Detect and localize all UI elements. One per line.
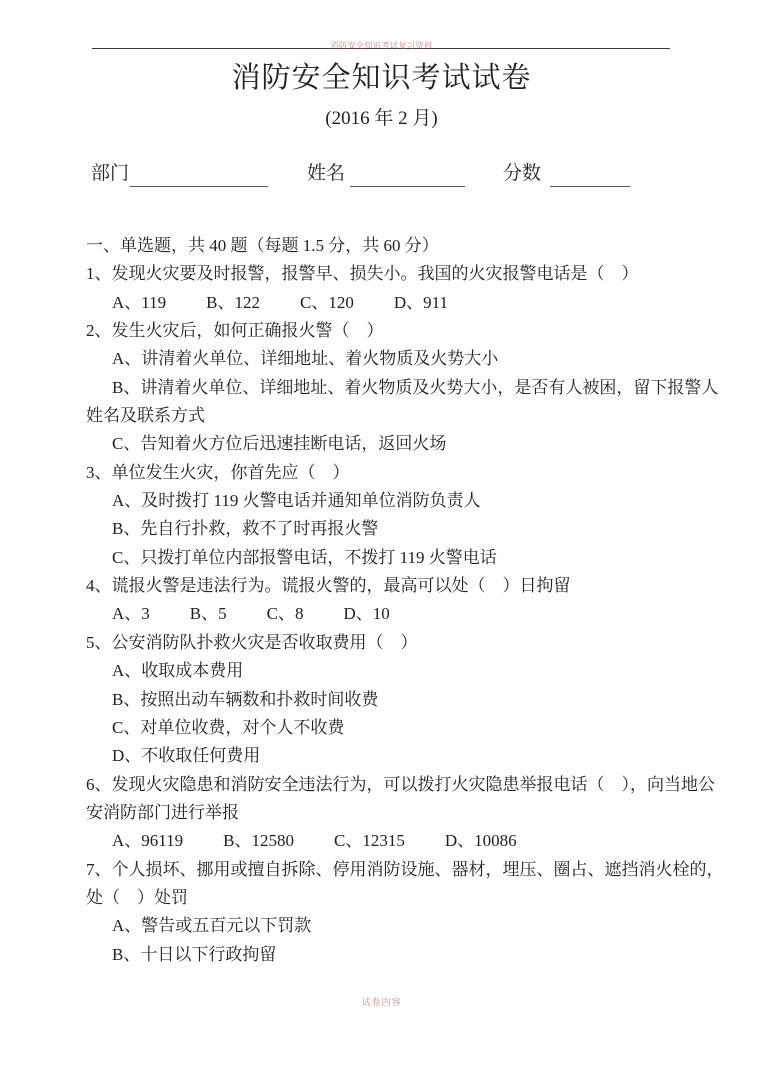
options-row: A、3B、5C、8D、10 <box>86 600 733 628</box>
question-line: 7、个人损坏、挪用或擅自拆除、停用消防设施、器材，埋压、圈占、遮挡消火栓的， <box>86 856 733 884</box>
option-item: D、10 <box>343 600 389 628</box>
option-item: B、12580 <box>223 827 294 855</box>
option-item: D、10086 <box>445 827 517 855</box>
question-lines: 1、发现火灾要及时报警，报警早、损失小。我国的火灾报警电话是（ ）A、119B、… <box>86 260 733 969</box>
name-blank <box>350 156 465 187</box>
text-line: 处（ ）处罚 <box>86 884 733 912</box>
exam-body: 一、单选题，共 40 题（每题 1.5 分，共 60 分） 1、发现火灾要及时报… <box>86 232 733 969</box>
options-row: A、119B、122C、120D、911 <box>86 289 733 317</box>
option-item: C、8 <box>267 600 304 628</box>
page-title: 消防安全知识考试试卷 <box>0 56 763 100</box>
section-heading: 一、单选题，共 40 题（每题 1.5 分，共 60 分） <box>86 232 733 260</box>
exam-paper-page: 消防安全知识考试复习资料 消防安全知识考试试卷 (2016 年 2 月) 部门 … <box>0 0 763 1080</box>
watermark-bottom: 试卷内容 <box>361 995 401 1008</box>
question-line: 2、发生火灾后，如何正确报火警（ ） <box>86 317 733 345</box>
text-line: A、讲清着火单位、详细地址、着火物质及火势大小 <box>86 345 733 373</box>
text-line: A、及时拨打 119 火警电话并通知单位消防负责人 <box>86 487 733 515</box>
text-line: 姓名及联系方式 <box>86 402 733 430</box>
text-line: C、只拨打单位内部报警电话，不拨打 119 火警电话 <box>86 544 733 572</box>
text-line: C、告知着火方位后迅速挂断电话，返回火场 <box>86 430 733 458</box>
question-line: 6、发现火灾隐患和消防安全违法行为，可以拨打火灾隐患举报电话（ ），向当地公 <box>86 771 733 799</box>
option-item: A、119 <box>112 289 166 317</box>
fields-row: 部门 姓名 分数 <box>0 156 763 190</box>
option-item: B、5 <box>190 600 227 628</box>
text-line: D、不收取任何费用 <box>86 742 733 770</box>
department-blank <box>130 156 268 187</box>
score-label: 分数 <box>503 158 541 185</box>
text-line: B、十日以下行政拘留 <box>86 941 733 969</box>
option-item: A、96119 <box>112 827 183 855</box>
text-line: B、先自行扑救，救不了时再报火警 <box>86 515 733 543</box>
question-line: 3、单位发生火灾，你首先应（ ） <box>86 459 733 487</box>
text-line: 安消防部门进行举报 <box>86 799 733 827</box>
option-item: B、122 <box>206 289 260 317</box>
name-label: 姓名 <box>307 158 345 185</box>
option-item: D、911 <box>394 289 448 317</box>
options-row: A、96119B、12580C、12315D、10086 <box>86 827 733 855</box>
text-line: A、警告或五百元以下罚款 <box>86 912 733 940</box>
department-label: 部门 <box>91 158 129 185</box>
watermark-top: 消防安全知识考试复习资料 <box>331 40 433 51</box>
question-line: 5、公安消防队扑救火灾是否收取费用（ ） <box>86 629 733 657</box>
question-line: 4、谎报火警是违法行为。谎报火警的，最高可以处（ ）日拘留 <box>86 572 733 600</box>
text-line: A、收取成本费用 <box>86 657 733 685</box>
question-line: 1、发现火灾要及时报警，报警早、损失小。我国的火灾报警电话是（ ） <box>86 260 733 288</box>
option-item: C、120 <box>300 289 354 317</box>
text-line: B、讲清着火单位、详细地址、着火物质及火势大小，是否有人被困，留下报警人 <box>86 374 733 402</box>
text-line: B、按照出动车辆数和扑救时间收费 <box>86 686 733 714</box>
score-blank <box>550 156 630 187</box>
text-line: C、对单位收费，对个人不收费 <box>86 714 733 742</box>
option-item: A、3 <box>112 600 150 628</box>
option-item: C、12315 <box>334 827 405 855</box>
page-subtitle: (2016 年 2 月) <box>0 104 763 134</box>
